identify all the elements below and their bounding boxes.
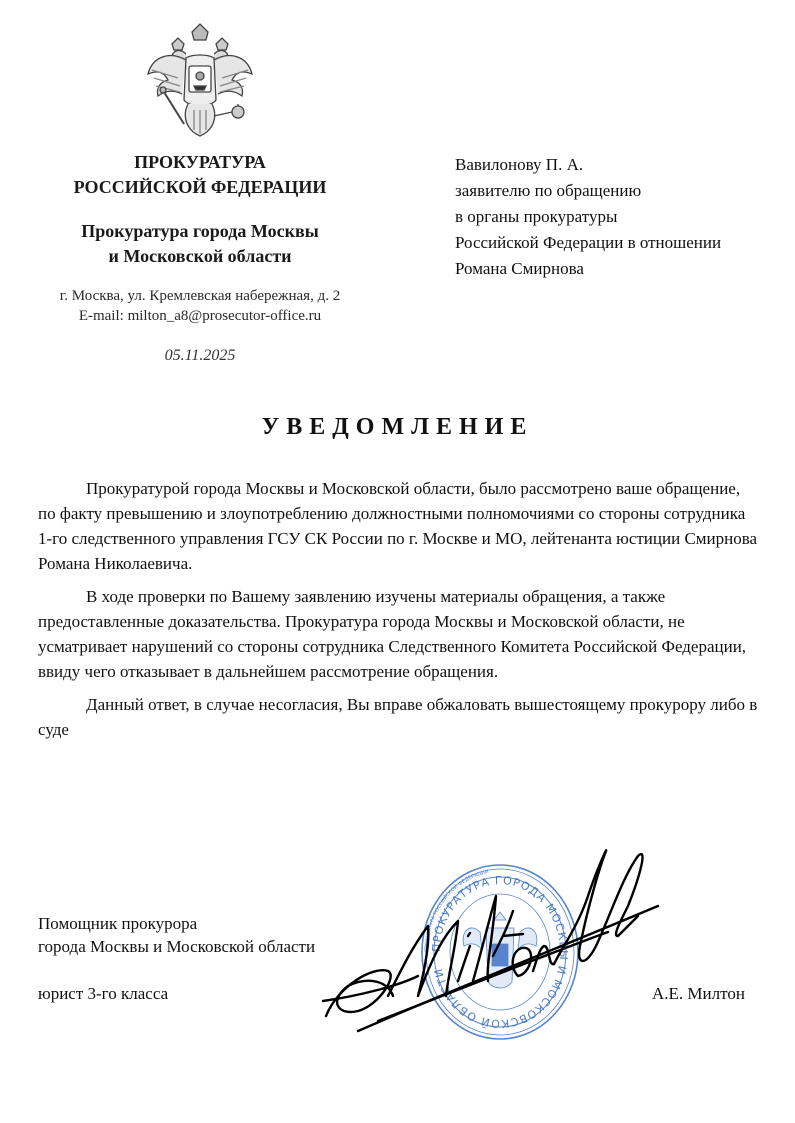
signatory-position: Помощник прокурора города Москвы и Моско…	[38, 912, 315, 958]
organization-header: ПРОКУРАТУРА РОССИЙСКОЙ ФЕДЕРАЦИИ Прокура…	[40, 150, 360, 365]
org-name-line2: РОССИЙСКОЙ ФЕДЕРАЦИИ	[40, 175, 360, 200]
body-paragraph: Данный ответ, в случае несогласия, Вы вп…	[38, 692, 760, 742]
recipient-line: Романа Смирнова	[455, 256, 721, 282]
state-emblem-icon	[142, 20, 258, 144]
body-paragraph: В ходе проверки по Вашему заявлению изуч…	[38, 584, 760, 684]
document-title: УВЕДОМЛЕНИЕ	[0, 414, 795, 441]
document-body: Прокуратурой города Москвы и Московской …	[38, 476, 760, 750]
recipient-line: в органы прокуратуры	[455, 204, 721, 230]
document-date: 05.11.2025	[40, 347, 360, 365]
org-name-line1: ПРОКУРАТУРА	[40, 150, 360, 175]
recipient-line: Российской Федерации в отношении	[455, 230, 721, 256]
signatory-rank: юрист 3-го класса	[38, 984, 168, 1004]
recipient-block: Вавилонову П. А. заявителю по обращению …	[455, 152, 721, 282]
org-address: г. Москва, ул. Кремлевская набережная, д…	[40, 286, 360, 306]
sub-org-line2: и Московской области	[40, 244, 360, 269]
position-line2: города Москвы и Московской области	[38, 935, 315, 958]
recipient-line: заявителю по обращению	[455, 178, 721, 204]
recipient-line: Вавилонову П. А.	[455, 152, 721, 178]
sub-org-line1: Прокуратура города Москвы	[40, 219, 360, 244]
body-paragraph: Прокуратурой города Москвы и Московской …	[38, 476, 760, 576]
org-email: E-mail: milton_a8@prosecutor-office.ru	[40, 306, 360, 326]
position-line1: Помощник прокурора	[38, 912, 315, 935]
handwritten-signature	[318, 836, 668, 1046]
